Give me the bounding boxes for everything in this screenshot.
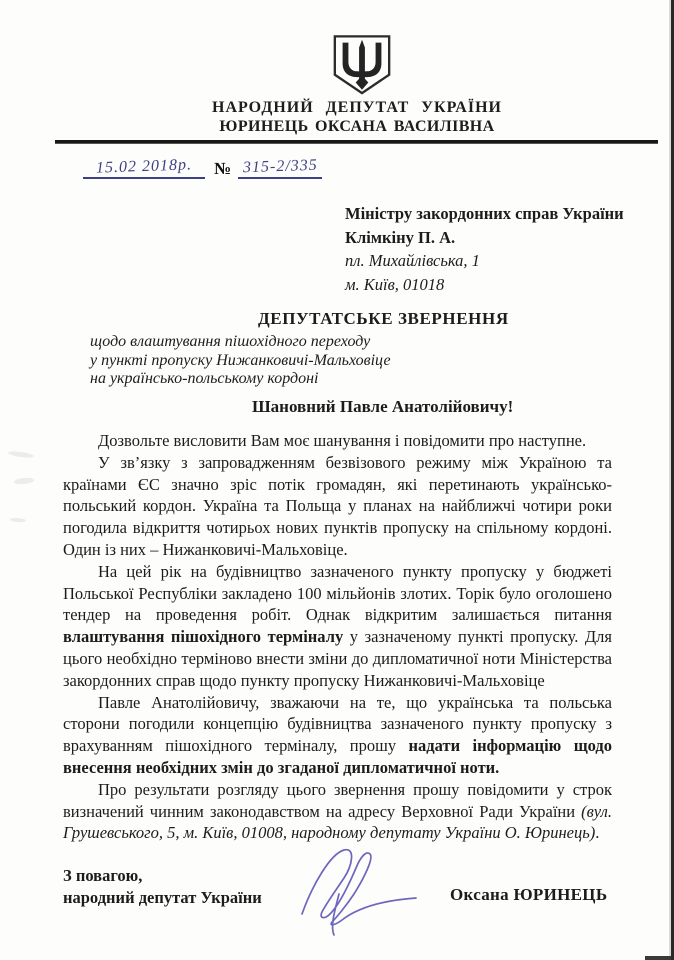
body-paragraph-3: На цей рік на будівництво зазначеного пу…	[63, 561, 612, 692]
signatory-name: Оксана ЮРИНЕЦЬ	[450, 885, 607, 905]
subject-line: на українсько-польському кордоні	[90, 370, 391, 389]
letterhead-office-title: НАРОДНИЙ ДЕПУТАТ УКРАЇНИ	[40, 99, 674, 117]
body-paragraph-4: Павле Анатолійовичу, зважаючи на те, що …	[63, 692, 612, 779]
letter-body: Дозвольте висловити Вам моє шанування і …	[63, 430, 612, 844]
coat-of-arms-icon	[329, 33, 395, 97]
recipient-block: Міністру закордонних справ України Клімк…	[345, 202, 624, 296]
document-number-handwritten: 315-2/335	[242, 157, 317, 178]
closing-block: З повагою, народний депутат України	[63, 865, 262, 909]
closing-role: народний депутат України	[63, 887, 262, 909]
scan-edge-corner	[645, 956, 671, 960]
recipient-city: м. Київ, 01018	[345, 273, 624, 297]
scan-smudge	[14, 477, 35, 485]
scanned-letter-page: НАРОДНИЙ ДЕПУТАТ УКРАЇНИ ЮРИНЕЦЬ ОКСАНА …	[0, 0, 674, 960]
salutation: Шановний Павле Анатолійовичу!	[252, 397, 513, 417]
letterhead-rule	[55, 140, 658, 144]
document-number-field: 315-2/335	[238, 158, 322, 179]
subject-block: щодо влаштування пішохідного переходу у …	[90, 333, 391, 389]
number-sign: №	[214, 159, 231, 179]
body-paragraph-1: Дозвольте висловити Вам моє шанування і …	[63, 430, 612, 452]
body-paragraph-5: Про результати розгляду цього звернення …	[63, 779, 612, 844]
recipient-name: Клімкіну П. А.	[345, 226, 624, 250]
document-date-handwritten: 15.02 2018р.	[96, 156, 193, 177]
closing-phrase: З повагою,	[63, 865, 262, 887]
handwritten-signature-icon	[286, 840, 422, 938]
recipient-office: Міністру закордонних справ України	[345, 202, 624, 226]
reference-line: 15.02 2018р. № 315-2/335	[83, 158, 322, 179]
document-title: ДЕПУТАТСЬКЕ ЗВЕРНЕННЯ	[258, 309, 509, 329]
scan-smudge	[10, 517, 26, 522]
body-paragraph-2: У зв’язку з запровадженням безвізового р…	[63, 452, 612, 561]
subject-line: у пункті пропуску Нижанковичі-Мальховіце	[90, 352, 391, 371]
recipient-street: пл. Михайлівська, 1	[345, 249, 624, 273]
scan-smudge	[8, 450, 34, 459]
subject-line: щодо влаштування пішохідного переходу	[90, 333, 391, 352]
letterhead-deputy-name: ЮРИНЕЦЬ ОКСАНА ВАСИЛІВНА	[40, 118, 674, 136]
document-date-field: 15.02 2018р.	[83, 158, 205, 179]
